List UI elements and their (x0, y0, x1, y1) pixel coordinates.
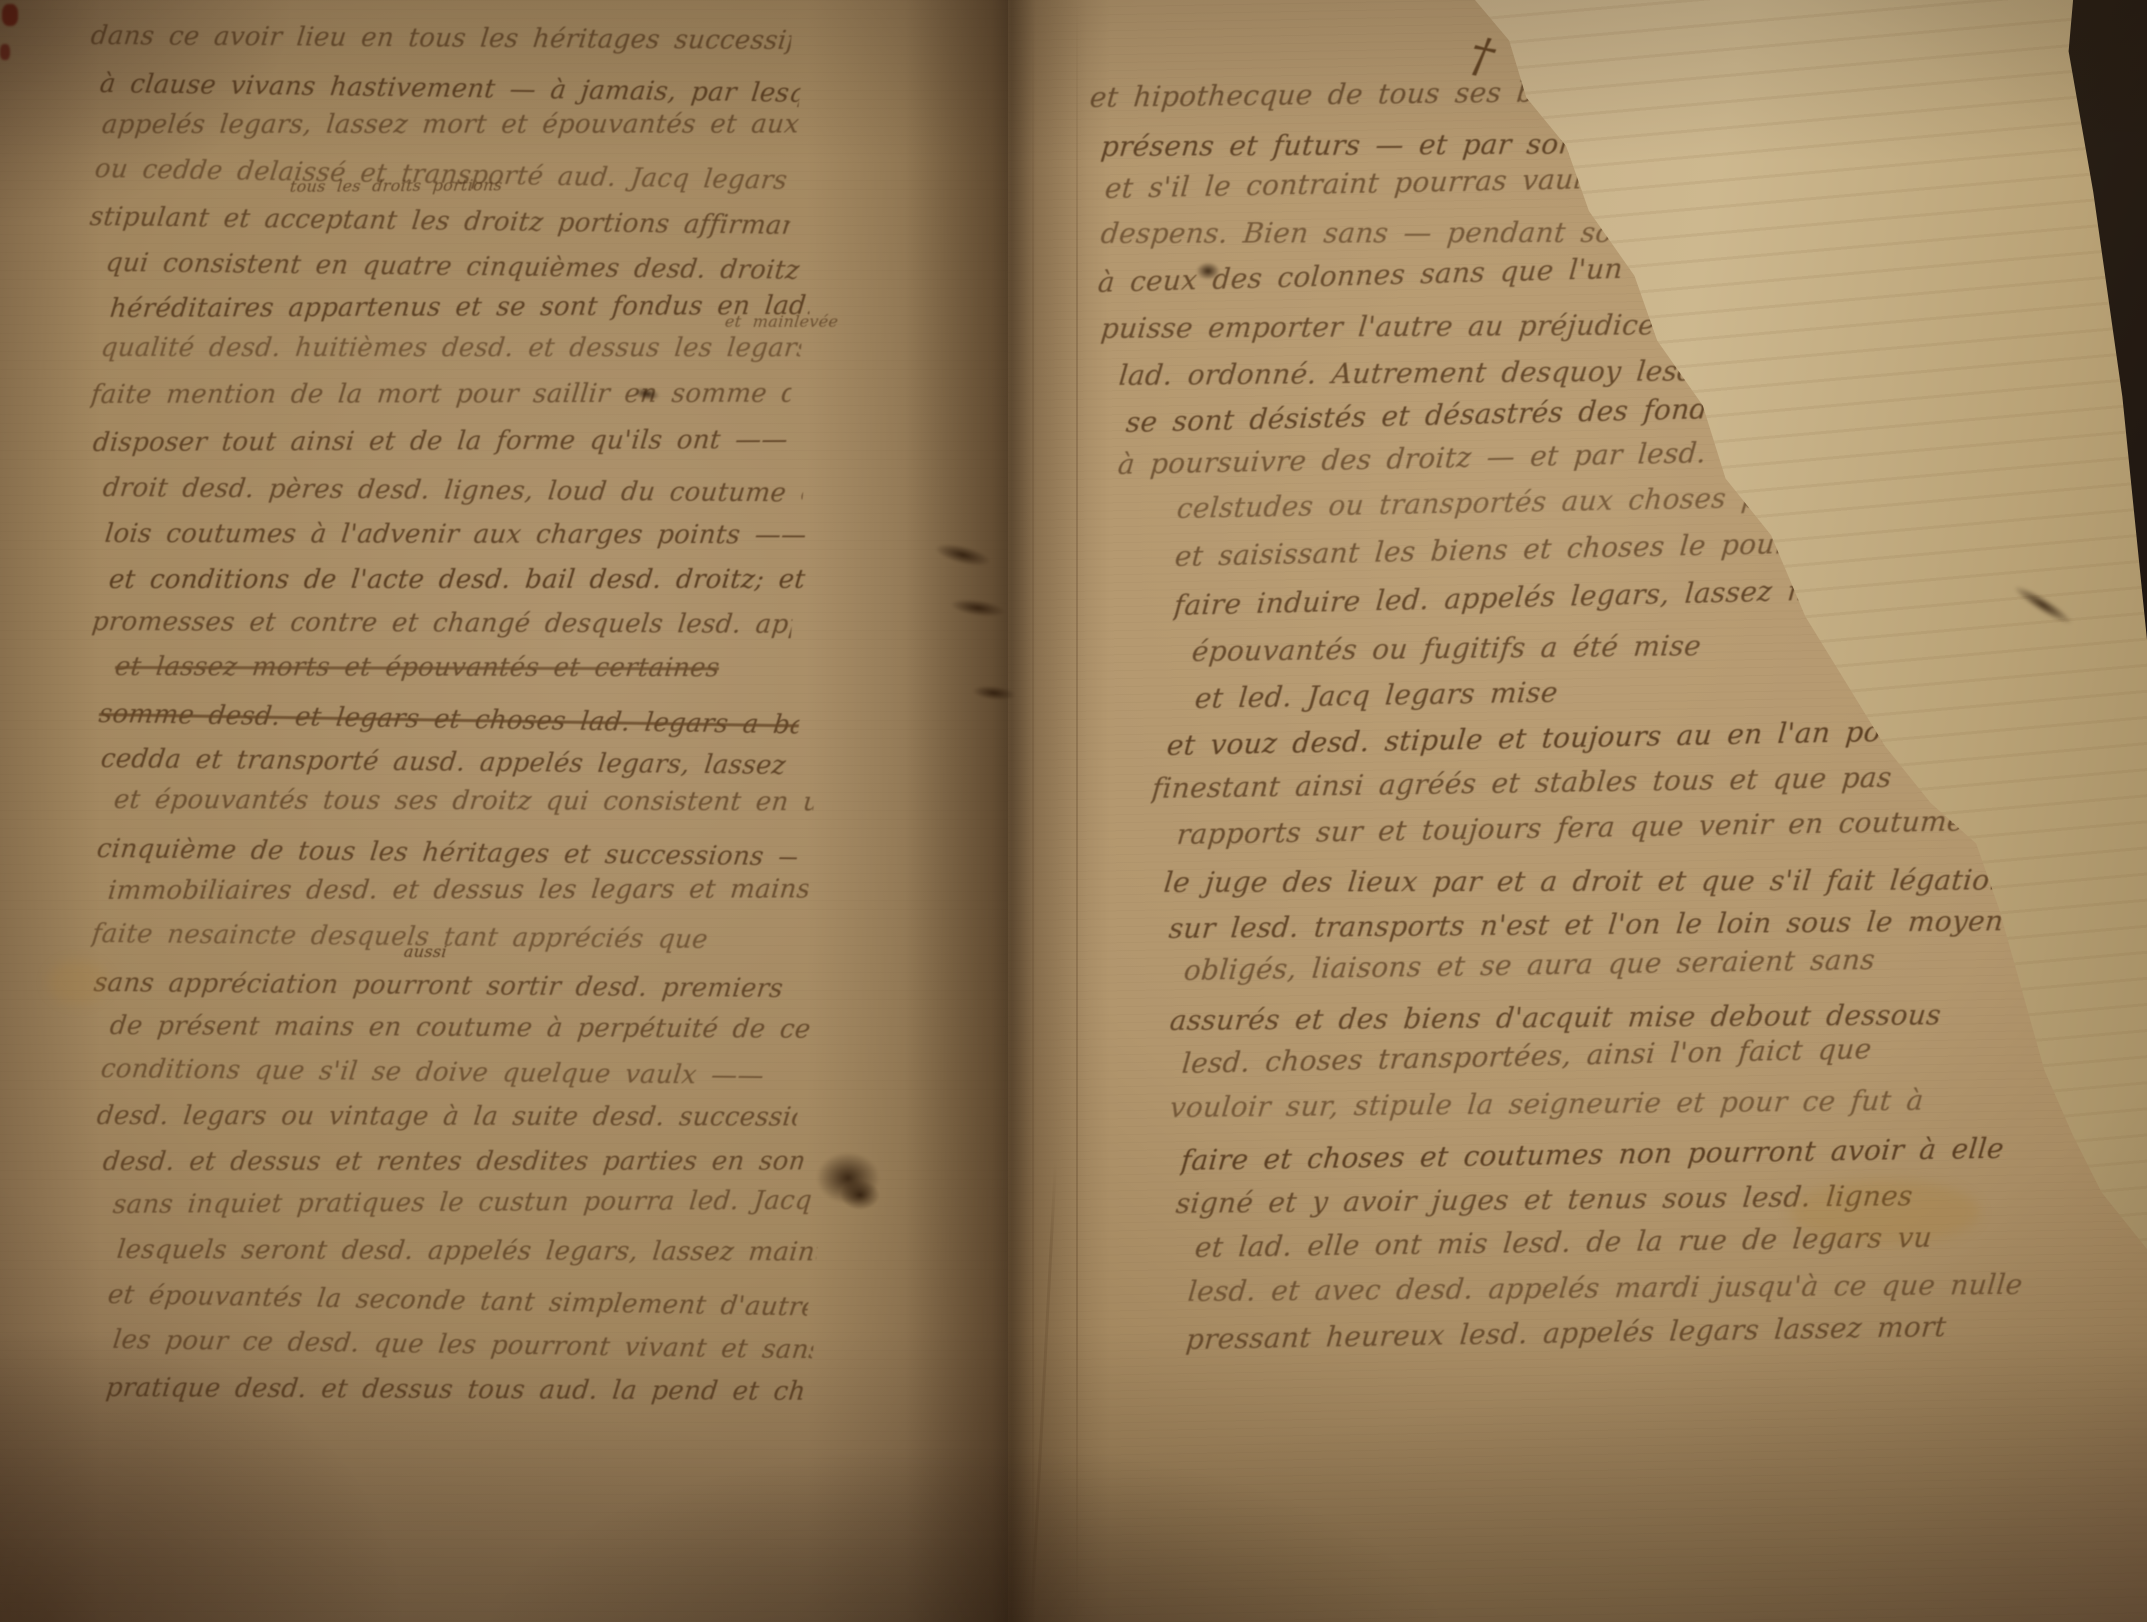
handwriting-line: sans appréciation pourront sortir desd. … (92, 968, 795, 1004)
handwriting-line: assurés et des biens d'acquit mise debou… (1168, 998, 1942, 1037)
handwriting-line: stipulant et acceptant les droitz portio… (88, 202, 791, 241)
handwriting-line: cedda et transporté ausd. appelés legars… (99, 744, 802, 781)
handwriting-line: et conditions de l'acte desd. bail desd.… (107, 565, 810, 595)
left-page: dans ce avoir lieu en tous les héritages… (0, 0, 1008, 1622)
handwriting-line: pressant heureux lesd. appelés legars la… (1184, 1310, 1947, 1356)
handwriting-line: et vouz desd. stipule et toujours au en … (1165, 714, 1954, 762)
red-wax-speck (0, 44, 10, 60)
handwriting-line: lesd. et avec desd. appelés mardi jusqu'… (1186, 1268, 2024, 1308)
handwriting-line: immobiliaires desd. et dessus les legars… (106, 874, 809, 906)
handwriting-line: et épouvantés la seconde tant simplement… (106, 1280, 810, 1322)
handwriting-line: faite mention de la mort pour saillir en… (90, 379, 793, 410)
handwriting-line: qualité desd. huitièmes desd. et dessus … (100, 333, 803, 363)
handwriting-line: héréditaires appartenus et se sont fondu… (109, 291, 812, 324)
handwriting-line: disposer tout ainsi et de la forme qu'il… (92, 425, 790, 458)
manuscript-photo: dans ce avoir lieu en tous les héritages… (0, 0, 2147, 1622)
handwriting-line: les pour ce desd. que les pourront vivan… (111, 1325, 815, 1365)
handwriting-line: lesquels seront desd. appelés legars, la… (115, 1235, 818, 1267)
handwriting-line: rapports sur et toujours fera que venir … (1176, 804, 1966, 851)
handwriting-line: conditions que s'il se doive quelque vau… (99, 1054, 765, 1091)
handwriting-line: obligés, liaisons et se aura que seraien… (1183, 943, 1877, 987)
handwriting-line: sans inquiet pratiques le custun pourra … (111, 1185, 813, 1219)
interline-annotation: tous les droits portions (289, 175, 503, 196)
handwriting-line: cinquième de tous les héritages et succe… (96, 834, 799, 872)
handwriting-line: épouvantés ou fugitifs a été mise (1190, 629, 1702, 668)
handwriting-line: lois coutumes à l'advenir aux charges po… (103, 519, 806, 550)
interline-annotation: et mainlevée (724, 312, 839, 331)
handwriting-line: à clause vivans hastivement — à jamais, … (98, 69, 802, 109)
handwriting-line: vouloir sur, stipule la seigneurie et po… (1168, 1083, 1925, 1123)
handwriting-line: et épouvantés tous ses droitz qui consis… (113, 785, 816, 817)
handwriting-line: sur lesd. transports n'est et l'on le lo… (1167, 904, 2005, 945)
handwriting-line: le juge des lieux par et a droit et que … (1163, 863, 2010, 898)
handwriting-line: lesd. choses transportées, ainsi l'on fa… (1181, 1032, 1873, 1080)
handwriting-line: dans ce avoir lieu en tous les héritages… (89, 21, 792, 56)
ink-blot (840, 1180, 880, 1210)
handwriting-line: appelés legars, lassez mort et épouvanté… (100, 110, 803, 140)
handwriting-line: faire et choses et coutumes non pourront… (1180, 1131, 2006, 1176)
stain (1790, 1180, 1980, 1244)
handwriting-line: promesses et contre et changé desquels l… (90, 607, 793, 640)
handwriting-line: droit desd. pères desd. lignes, loud du … (102, 473, 805, 509)
handwriting-line: desd. et dessus et rentes desdites parti… (101, 1147, 804, 1177)
handwriting-line: faite nesaincte desquels tant appréciés … (91, 919, 710, 955)
handwriting-line: qui consistent en quatre cinquièmes desd… (104, 248, 807, 286)
handwriting-line: et lassez morts et épouvantés et certain… (113, 652, 721, 683)
handwriting-line: et saisissant les biens et choses le pou… (1173, 526, 1843, 573)
handwriting-line: somme desd. et legars et choses lad. leg… (97, 699, 801, 740)
handwriting-line: finestant ainsi agréés et stables tous e… (1150, 761, 1893, 805)
stain (48, 960, 108, 1004)
handwriting-line: pratique desd. et dessus tous aud. la pe… (104, 1373, 807, 1407)
interline-annotation: aussi (403, 942, 448, 961)
handwriting-line: et led. Jacq legars mise (1194, 676, 1560, 715)
red-wax-speck (2, 4, 18, 26)
handwriting-line: à poursuivre des droitz — et par lesd. —… (1117, 435, 1780, 481)
handwriting-line: de présent mains en coutume à perpétuité… (109, 1011, 812, 1045)
ink-blot (1196, 262, 1220, 280)
handwriting-line: desd. legars ou vintage à la suite desd.… (95, 1101, 798, 1132)
